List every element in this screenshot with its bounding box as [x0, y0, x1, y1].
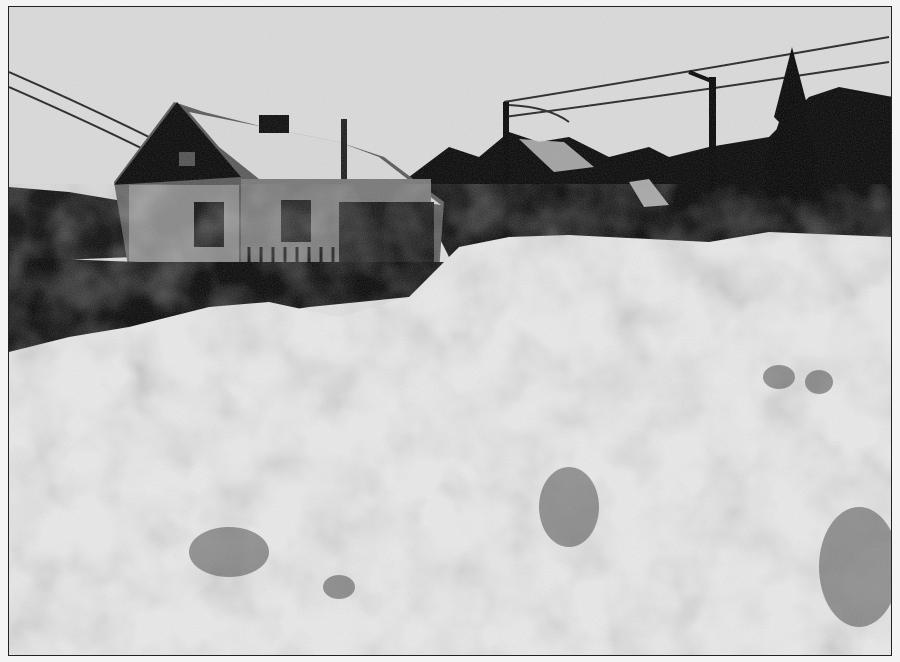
print-artwork [9, 7, 892, 656]
etching-print [8, 6, 892, 656]
